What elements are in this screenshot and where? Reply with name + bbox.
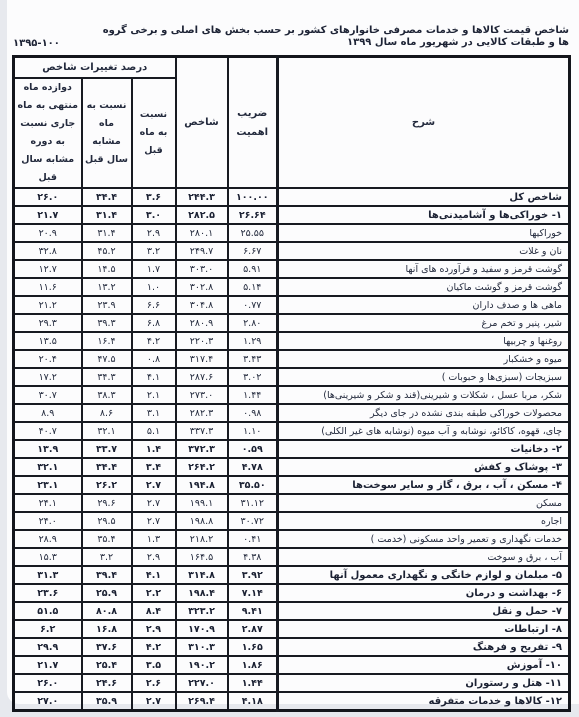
row-description-cell: شاخص کل [278, 188, 570, 206]
year-change-cell: ۴۵.۲ [82, 242, 132, 260]
year-change-cell: ۳۱.۴ [82, 224, 132, 242]
row-description-cell: شکر، مربا عسل ، شکلات و شیرینی(قند و شکر… [278, 386, 570, 404]
table-row: ۶- بهداشت و درمان۷.۱۴۱۹۸.۴۲.۲۲۵.۹۲۳.۶ [13, 584, 569, 602]
weight-cell: ۳.۹۲ [228, 566, 278, 584]
twelve-month-change-cell: ۳۲.۱ [13, 458, 81, 476]
row-description-cell: خوراکیها [278, 224, 570, 242]
col-header-percent-change-group: درصد تغییرات شاخص [13, 57, 175, 79]
row-description-cell: شیر، پنیر و تخم مرغ [278, 314, 570, 332]
col-header-year-over-year: نسبت به ماه مشابه سال قبل [82, 78, 132, 188]
table-row: میوه و خشکبار۳.۴۳۳۱۷.۴۰.۸۴۷.۵۲۰.۴ [13, 350, 569, 368]
year-change-cell: ۳۱.۴ [82, 206, 132, 224]
index-cell: ۱۹۸.۴ [176, 584, 228, 602]
row-description-cell: خدمات نگهداری و تعمیر واحد مسکونی (خدمت … [278, 530, 570, 548]
index-cell: ۳۱۷.۴ [176, 350, 228, 368]
year-change-cell: ۲۴.۶ [82, 674, 132, 692]
weight-cell: ۰.۷۷ [228, 296, 278, 314]
weight-cell: ۴.۳۸ [228, 548, 278, 566]
month-change-cell: ۲.۷ [132, 494, 176, 512]
index-cell: ۱۶۴.۵ [176, 548, 228, 566]
index-cell: ۲۲۷.۰ [176, 674, 228, 692]
row-description-cell: آب ، برق و سوخت [278, 548, 570, 566]
twelve-month-change-cell: ۲۹.۹ [13, 638, 81, 656]
index-cell: ۳۰۳.۰ [176, 260, 228, 278]
year-change-cell: ۳۵.۹ [82, 692, 132, 711]
row-description-cell: ۱۰- آموزش [278, 656, 570, 674]
table-row: روغنها و چربیها۱.۲۹۲۲۰.۳۴.۲۱۶.۴۱۳.۵ [13, 332, 569, 350]
twelve-month-change-cell: ۶.۲ [13, 620, 81, 638]
year-change-cell: ۳۴.۳ [82, 368, 132, 386]
cpi-table: شرح ضریب اهمیت شاخص درصد تغییرات شاخص نس… [12, 55, 571, 712]
weight-cell: ۳.۴۳ [228, 350, 278, 368]
month-change-cell: ۲.۶ [132, 674, 176, 692]
table-row: آب ، برق و سوخت۴.۳۸۱۶۴.۵۲.۹۳.۲۱۵.۳ [13, 548, 569, 566]
table-row: شیر، پنیر و تخم مرغ۲.۸۰۲۸۰.۹۶.۸۳۹.۳۲۹.۳ [13, 314, 569, 332]
twelve-month-change-cell: ۳۲.۸ [13, 242, 81, 260]
table-row: ۳- پوشاک و کفش۴.۷۸۲۶۴.۲۳.۴۳۴.۴۳۲.۱ [13, 458, 569, 476]
month-change-cell: ۱.۴ [132, 440, 176, 458]
year-change-cell: ۲۵.۹ [82, 584, 132, 602]
row-description-cell: ۲- دخانیات [278, 440, 570, 458]
year-change-cell: ۳۴.۴ [82, 458, 132, 476]
year-change-cell: ۳۹.۳ [82, 314, 132, 332]
index-cell: ۲۸۰.۹ [176, 314, 228, 332]
year-change-cell: ۳۷.۶ [82, 638, 132, 656]
col-header-weight: ضریب اهمیت [228, 57, 278, 189]
year-change-cell: ۳۴.۴ [82, 188, 132, 206]
weight-cell: ۹.۴۱ [228, 602, 278, 620]
table-row: شکر، مربا عسل ، شکلات و شیرینی(قند و شکر… [13, 386, 569, 404]
row-description-cell: نان و غلات [278, 242, 570, 260]
index-cell: ۳۷۲.۳ [176, 440, 228, 458]
index-cell: ۲۱۸.۲ [176, 530, 228, 548]
table-row: ۱۲- کالاها و خدمات متفرقه۴.۱۸۲۶۹.۴۲.۷۳۵.… [13, 692, 569, 711]
weight-cell: ۱۰۰.۰۰ [228, 188, 278, 206]
month-change-cell: ۲.۱ [132, 386, 176, 404]
twelve-month-change-cell: ۵۱.۵ [13, 602, 81, 620]
weight-cell: ۲۶.۶۴ [228, 206, 278, 224]
weight-cell: ۴.۱۸ [228, 692, 278, 711]
twelve-month-change-cell: ۲۶.۰ [13, 674, 81, 692]
row-description-cell: ۱۱- هتل و رستوران [278, 674, 570, 692]
col-header-description: شرح [278, 57, 570, 189]
table-row: گوشت قرمز و سفید و فرآورده های آنها۵.۹۱۳… [13, 260, 569, 278]
year-change-cell: ۱۶.۴ [82, 332, 132, 350]
index-cell: ۳۰۴.۸ [176, 296, 228, 314]
month-change-cell: ۳.۲ [132, 242, 176, 260]
weight-cell: ۱.۴۴ [228, 386, 278, 404]
weight-cell: ۳۵.۵۰ [228, 476, 278, 494]
document-sheet: ۱۳۹۵-۱۰۰ شاخص قیمت کالاها و خدمات مصرفی … [7, 0, 579, 704]
month-change-cell: ۳.۰ [132, 206, 176, 224]
table-row: سبزیجات (سبزی‌ها و حبوبات )۳.۰۲۲۸۷.۶۴.۱۳… [13, 368, 569, 386]
table-row: خوراکیها۲۵.۵۵۲۸۰.۱۲.۹۳۱.۴۲۰.۹ [13, 224, 569, 242]
year-change-cell: ۳۹.۴ [82, 566, 132, 584]
month-change-cell: ۲.۹ [132, 620, 176, 638]
row-description-cell: ۱۲- کالاها و خدمات متفرقه [278, 692, 570, 711]
twelve-month-change-cell: ۲۱.۷ [13, 656, 81, 674]
table-row: شاخص کل۱۰۰.۰۰۲۴۴.۳۳.۶۳۴.۴۲۶.۰ [13, 188, 569, 206]
year-change-cell: ۲۶.۲ [82, 476, 132, 494]
month-change-cell: ۴.۲ [132, 332, 176, 350]
table-row: ۱۱- هتل و رستوران۱.۴۴۲۲۷.۰۲.۶۲۴.۶۲۶.۰ [13, 674, 569, 692]
weight-cell: ۰.۹۸ [228, 404, 278, 422]
twelve-month-change-cell: ۲۹.۳ [13, 314, 81, 332]
table-row: ماهی ها و صدف داران۰.۷۷۳۰۴.۸۶.۶۲۳.۹۲۱.۲ [13, 296, 569, 314]
twelve-month-change-cell: ۳۰.۷ [13, 386, 81, 404]
twelve-month-change-cell: ۲۴.۱ [13, 494, 81, 512]
twelve-month-change-cell: ۳۱.۳ [13, 566, 81, 584]
twelve-month-change-cell: ۲۳.۱ [13, 476, 81, 494]
row-description-cell: ماهی ها و صدف داران [278, 296, 570, 314]
weight-cell: ۱.۱۰ [228, 422, 278, 440]
table-row: اجاره۳۰.۷۲۱۹۸.۸۲.۷۲۹.۵۲۴.۰ [13, 512, 569, 530]
weight-cell: ۱.۶۵ [228, 638, 278, 656]
weight-cell: ۰.۵۹ [228, 440, 278, 458]
table-row: چای، قهوه، کاکائو، نوشابه و آب میوه (نوش… [13, 422, 569, 440]
month-change-cell: ۲.۷ [132, 476, 176, 494]
row-description-cell: سبزیجات (سبزی‌ها و حبوبات ) [278, 368, 570, 386]
year-change-cell: ۸۰.۸ [82, 602, 132, 620]
year-change-cell: ۲۳.۹ [82, 296, 132, 314]
index-cell: ۱۹۹.۱ [176, 494, 228, 512]
row-description-cell: اجاره [278, 512, 570, 530]
year-change-cell: ۳۸.۳ [82, 386, 132, 404]
index-cell: ۱۷۰.۹ [176, 620, 228, 638]
month-change-cell: ۴.۲ [132, 638, 176, 656]
weight-cell: ۱.۸۶ [228, 656, 278, 674]
table-row: ۱- خوراکی‌ها و آشامیدنی‌ها۲۶.۶۴۲۸۲.۵۳.۰۳… [13, 206, 569, 224]
weight-cell: ۳۱.۱۲ [228, 494, 278, 512]
twelve-month-change-cell: ۲۱.۷ [13, 206, 81, 224]
table-row: ۹- تفریح و فرهنگ۱.۶۵۳۱۰.۳۴.۲۳۷.۶۲۹.۹ [13, 638, 569, 656]
month-change-cell: ۶.۸ [132, 314, 176, 332]
row-description-cell: مسکن [278, 494, 570, 512]
index-cell: ۳۳۷.۳ [176, 422, 228, 440]
twelve-month-change-cell: ۴۰.۷ [13, 422, 81, 440]
index-cell: ۲۸۰.۱ [176, 224, 228, 242]
title-bar: ۱۳۹۵-۱۰۰ شاخص قیمت کالاها و خدمات مصرفی … [13, 25, 569, 49]
index-cell: ۱۹۰.۲ [176, 656, 228, 674]
row-description-cell: ۷- حمل و نقل [278, 602, 570, 620]
index-cell: ۲۸۲.۳ [176, 404, 228, 422]
table-row: ۲- دخانیات۰.۵۹۳۷۲.۳۱.۴۳۳.۷۱۳.۹ [13, 440, 569, 458]
month-change-cell: ۵.۱ [132, 422, 176, 440]
twelve-month-change-cell: ۱۳.۹ [13, 440, 81, 458]
index-cell: ۳۰۲.۸ [176, 278, 228, 296]
weight-cell: ۲۵.۵۵ [228, 224, 278, 242]
weight-cell: ۵.۱۴ [228, 278, 278, 296]
month-change-cell: ۰.۸ [132, 350, 176, 368]
table-row: خدمات نگهداری و تعمیر واحد مسکونی (خدمت … [13, 530, 569, 548]
weight-cell: ۰.۴۱ [228, 530, 278, 548]
twelve-month-change-cell: ۲۰.۴ [13, 350, 81, 368]
index-cell: ۲۶۹.۴ [176, 692, 228, 711]
year-change-cell: ۲۹.۵ [82, 512, 132, 530]
year-change-cell: ۳۵.۴ [82, 530, 132, 548]
index-cell: ۲۷۳.۰ [176, 386, 228, 404]
year-change-cell: ۱۶.۸ [82, 620, 132, 638]
weight-cell: ۴.۷۸ [228, 458, 278, 476]
table-row: ۸- ارتباطات۲.۸۷۱۷۰.۹۲.۹۱۶.۸۶.۲ [13, 620, 569, 638]
weight-cell: ۱.۴۴ [228, 674, 278, 692]
month-change-cell: ۲.۷ [132, 692, 176, 711]
twelve-month-change-cell: ۲۳.۶ [13, 584, 81, 602]
month-change-cell: ۳.۴ [132, 458, 176, 476]
twelve-month-change-cell: ۲۶.۰ [13, 188, 81, 206]
twelve-month-change-cell: ۲۴.۰ [13, 512, 81, 530]
table-row: ۷- حمل و نقل۹.۴۱۳۲۳.۲۸.۴۸۰.۸۵۱.۵ [13, 602, 569, 620]
weight-cell: ۷.۱۴ [228, 584, 278, 602]
table-body: شاخص کل۱۰۰.۰۰۲۴۴.۳۳.۶۳۴.۴۲۶.۰۱- خوراکی‌ه… [13, 188, 569, 711]
index-cell: ۳۲۳.۲ [176, 602, 228, 620]
twelve-month-change-cell: ۱۱.۶ [13, 278, 81, 296]
year-change-cell: ۸.۶ [82, 404, 132, 422]
col-header-index: شاخص [176, 57, 228, 189]
month-change-cell: ۲.۹ [132, 224, 176, 242]
month-change-cell: ۱.۰ [132, 278, 176, 296]
year-change-cell: ۴۷.۵ [82, 350, 132, 368]
weight-cell: ۲.۸۰ [228, 314, 278, 332]
twelve-month-change-cell: ۱۷.۲ [13, 368, 81, 386]
month-change-cell: ۱.۳ [132, 530, 176, 548]
index-cell: ۳۱۴.۸ [176, 566, 228, 584]
month-change-cell: ۴.۱ [132, 566, 176, 584]
row-description-cell: ۸- ارتباطات [278, 620, 570, 638]
index-cell: ۲۴۹.۷ [176, 242, 228, 260]
base-year-note: ۱۳۹۵-۱۰۰ [13, 38, 60, 49]
weight-cell: ۶.۶۷ [228, 242, 278, 260]
year-change-cell: ۲۵.۴ [82, 656, 132, 674]
page-title: شاخص قیمت کالاها و خدمات مصرفی خانوارهای… [99, 25, 569, 49]
index-cell: ۱۹۴.۸ [176, 476, 228, 494]
twelve-month-change-cell: ۲۷.۰ [13, 692, 81, 711]
table-row: مسکن۳۱.۱۲۱۹۹.۱۲.۷۲۹.۶۲۴.۱ [13, 494, 569, 512]
table-row: نان و غلات۶.۶۷۲۴۹.۷۳.۲۴۵.۲۳۲.۸ [13, 242, 569, 260]
year-change-cell: ۱۳.۲ [82, 278, 132, 296]
table-row: ۵- مبلمان و لوازم خانگی و نگهداری معمول … [13, 566, 569, 584]
month-change-cell: ۳.۶ [132, 188, 176, 206]
table-row: ۴- مسکن ، آب ، برق ، گاز و سایر سوخت‌ها۳… [13, 476, 569, 494]
row-description-cell: چای، قهوه، کاکائو، نوشابه و آب میوه (نوش… [278, 422, 570, 440]
table-row: ۱۰- آموزش۱.۸۶۱۹۰.۲۳.۵۲۵.۴۲۱.۷ [13, 656, 569, 674]
row-description-cell: روغنها و چربیها [278, 332, 570, 350]
year-change-cell: ۱۴.۵ [82, 260, 132, 278]
twelve-month-change-cell: ۲۰.۹ [13, 224, 81, 242]
col-header-twelve-month: دوازده ماه منتهی به ماه جاری نسبت به دور… [13, 78, 81, 188]
year-change-cell: ۳.۲ [82, 548, 132, 566]
index-cell: ۲۸۲.۵ [176, 206, 228, 224]
month-change-cell: ۲.۷ [132, 512, 176, 530]
row-description-cell: گوشت قرمز و سفید و فرآورده های آنها [278, 260, 570, 278]
month-change-cell: ۴.۱ [132, 368, 176, 386]
twelve-month-change-cell: ۲۱.۲ [13, 296, 81, 314]
twelve-month-change-cell: ۲۸.۹ [13, 530, 81, 548]
row-description-cell: میوه و خشکبار [278, 350, 570, 368]
weight-cell: ۳.۰۲ [228, 368, 278, 386]
index-cell: ۲۲۰.۳ [176, 332, 228, 350]
month-change-cell: ۶.۶ [132, 296, 176, 314]
index-cell: ۲۶۴.۲ [176, 458, 228, 476]
index-cell: ۳۱۰.۳ [176, 638, 228, 656]
weight-cell: ۵.۹۱ [228, 260, 278, 278]
row-description-cell: محصولات خوراکی طبقه بندی نشده در جای دیگ… [278, 404, 570, 422]
month-change-cell: ۱.۷ [132, 260, 176, 278]
year-change-cell: ۲۹.۶ [82, 494, 132, 512]
month-change-cell: ۳.۵ [132, 656, 176, 674]
table-row: محصولات خوراکی طبقه بندی نشده در جای دیگ… [13, 404, 569, 422]
weight-cell: ۱.۲۹ [228, 332, 278, 350]
twelve-month-change-cell: ۱۳.۵ [13, 332, 81, 350]
table-header: شرح ضریب اهمیت شاخص درصد تغییرات شاخص نس… [13, 57, 569, 189]
row-description-cell: ۵- مبلمان و لوازم خانگی و نگهداری معمول … [278, 566, 570, 584]
twelve-month-change-cell: ۸.۹ [13, 404, 81, 422]
row-description-cell: ۶- بهداشت و درمان [278, 584, 570, 602]
row-description-cell: ۴- مسکن ، آب ، برق ، گاز و سایر سوخت‌ها [278, 476, 570, 494]
month-change-cell: ۳.۱ [132, 404, 176, 422]
year-change-cell: ۳۳.۷ [82, 440, 132, 458]
index-cell: ۲۴۴.۳ [176, 188, 228, 206]
month-change-cell: ۸.۴ [132, 602, 176, 620]
twelve-month-change-cell: ۱۲.۷ [13, 260, 81, 278]
month-change-cell: ۲.۹ [132, 548, 176, 566]
row-description-cell: ۱- خوراکی‌ها و آشامیدنی‌ها [278, 206, 570, 224]
year-change-cell: ۳۲.۱ [82, 422, 132, 440]
page-background: { "page": { "title": "شاخص قیمت کالاها و… [0, 0, 579, 717]
row-description-cell: ۹- تفریح و فرهنگ [278, 638, 570, 656]
col-header-month-over-month: نسبت به ماه قبل [132, 78, 176, 188]
row-description-cell: ۳- پوشاک و کفش [278, 458, 570, 476]
index-cell: ۱۹۸.۸ [176, 512, 228, 530]
weight-cell: ۳۰.۷۲ [228, 512, 278, 530]
twelve-month-change-cell: ۱۵.۳ [13, 548, 81, 566]
month-change-cell: ۲.۲ [132, 584, 176, 602]
table-row: گوشت قرمز و گوشت ماکیان۵.۱۴۳۰۲.۸۱.۰۱۳.۲۱… [13, 278, 569, 296]
weight-cell: ۲.۸۷ [228, 620, 278, 638]
index-cell: ۲۸۷.۶ [176, 368, 228, 386]
row-description-cell: گوشت قرمز و گوشت ماکیان [278, 278, 570, 296]
